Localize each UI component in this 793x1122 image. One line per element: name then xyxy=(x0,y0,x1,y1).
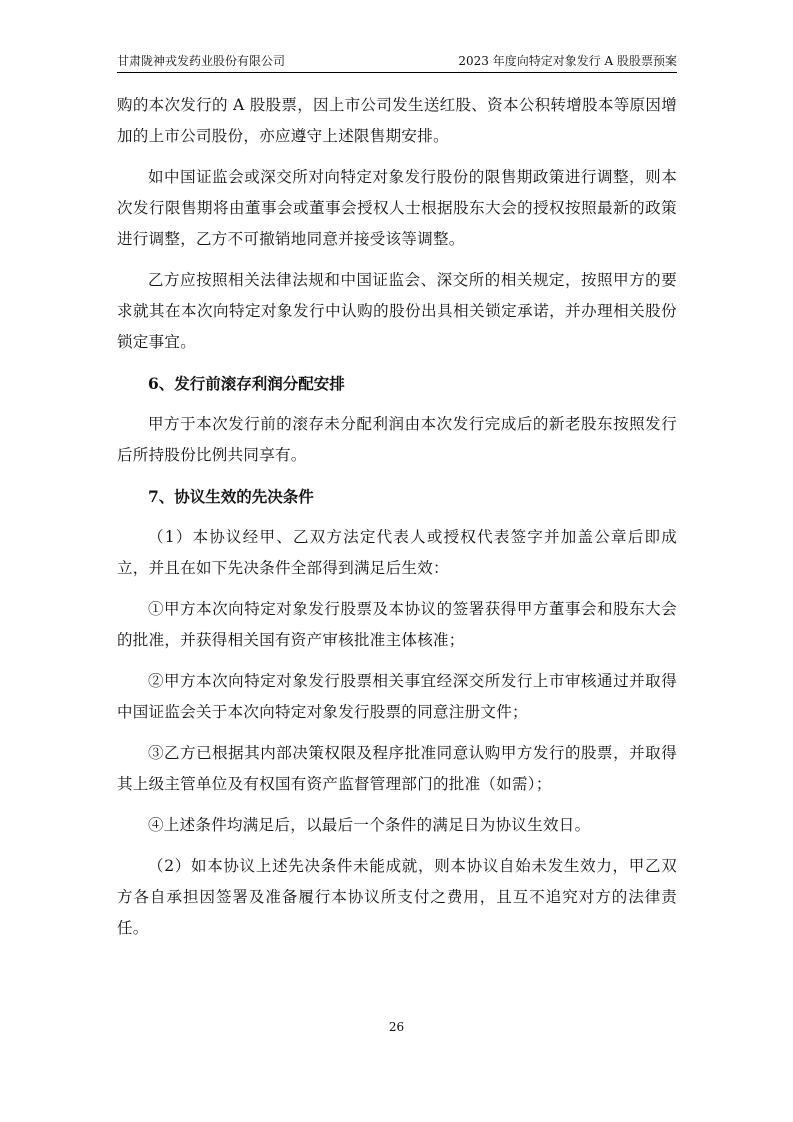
paragraph-condition-2: ②甲方本次向特定对象发行股票相关事宜经深交所发行上市审核通过并取得中国证监会关于… xyxy=(117,666,677,728)
paragraph-condition-1: ①甲方本次向特定对象发行股票及本协议的签署获得甲方董事会和股东大会的批准，并获得… xyxy=(117,594,677,656)
section-heading-6: 6、发行前滚存利润分配安排 xyxy=(117,368,677,399)
paragraph-lockup-adjustment: 如中国证监会或深交所对向特定对象发行股份的限售期政策进行调整，则本次发行限售期将… xyxy=(117,162,677,255)
paragraph-profit-distribution: 甲方于本次发行前的滚存未分配利润由本次发行完成后的新老股东按照发行后所持股份比例… xyxy=(117,409,677,471)
paragraph-lockup-commitment: 乙方应按照相关法律法规和中国证监会、深交所的相关规定，按照甲方的要求就其在本次向… xyxy=(117,265,677,358)
header-company-name: 甘肃陇神戎发药业股份有限公司 xyxy=(117,52,285,70)
paragraph-conditions-intro: （1）本协议经甲、乙双方法定代表人或授权代表签字并加盖公章后即成立，并且在如下先… xyxy=(117,522,677,584)
section-heading-7: 7、协议生效的先决条件 xyxy=(117,481,677,512)
header-document-title: 2023 年度向特定对象发行 A 股股票预案 xyxy=(458,52,677,70)
paragraph-conditions-failure: （2）如本协议上述先决条件未能成就，则本协议自始未发生效力，甲乙双方各自承担因签… xyxy=(117,851,677,944)
page-header: 甘肃陇神戎发药业股份有限公司 2023 年度向特定对象发行 A 股股票预案 xyxy=(117,52,677,73)
document-body: 购的本次发行的 A 股股票，因上市公司发生送红股、资本公积转增股本等原因增加的上… xyxy=(117,90,677,954)
paragraph-condition-3: ③乙方已根据其内部决策权限及程序批准同意认购甲方发行的股票，并取得其上级主管单位… xyxy=(117,738,677,800)
paragraph-lockup-continued: 购的本次发行的 A 股股票，因上市公司发生送红股、资本公积转增股本等原因增加的上… xyxy=(117,90,677,152)
page-number: 26 xyxy=(0,1020,793,1034)
paragraph-condition-4: ④上述条件均满足后，以最后一个条件的满足日为协议生效日。 xyxy=(117,810,677,841)
